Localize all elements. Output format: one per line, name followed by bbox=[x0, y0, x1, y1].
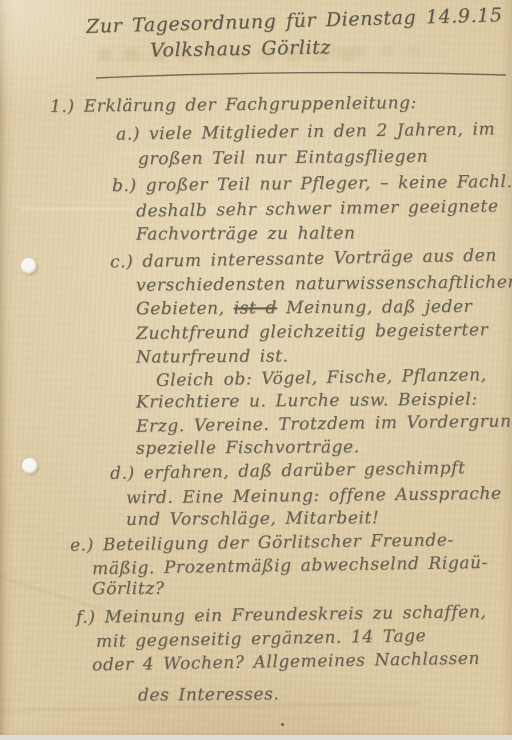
scan-edge-bottom bbox=[0, 735, 512, 740]
item-b-line: b.) großer Teil nur Pfleger, – keine Fac… bbox=[112, 174, 512, 195]
item-c-line: Zuchtfreund gleichzeitig begeisterter bbox=[136, 322, 488, 343]
item-d-line: wird. Eine Meinung: offene Aussprache bbox=[126, 486, 502, 508]
item-c-line: Gebieten, ist d Meinung, daß jeder bbox=[136, 299, 472, 318]
item-e-line: Görlitz? bbox=[92, 581, 165, 598]
item-f-line: oder 4 Wochen? Allgemeines Nachlassen bbox=[92, 651, 480, 675]
item-c-line: Gleich ob: Vögel, Fische, Pflanzen, bbox=[156, 367, 487, 390]
item-c-line-pre: Gebieten, bbox=[136, 298, 234, 319]
item-b-line: Fachvorträge zu halten bbox=[136, 225, 356, 243]
item-f-line: des Interesses. bbox=[138, 686, 280, 704]
header-line-1: Zur Tagesordnung für Dienstag 14.9.15 bbox=[86, 6, 503, 37]
item-1-heading: 1.) Erklärung der Fachgruppenleitung: bbox=[50, 95, 417, 116]
strikethrough-text: ist d bbox=[234, 298, 277, 318]
item-c-line: spezielle Fischvorträge. bbox=[136, 439, 360, 458]
item-c-line: verschiedensten naturwissenschaftlichen bbox=[136, 274, 512, 294]
scanned-handwritten-page: Zur Tagesordnung für Dienstag 14.9.15 Vo… bbox=[0, 0, 512, 740]
item-e-line: e.) Beteiligung der Görlitscher Freunde- bbox=[70, 532, 454, 554]
item-c-line-post: Meinung, daß jeder bbox=[277, 297, 473, 318]
punch-hole-top bbox=[21, 258, 37, 274]
item-a-line: a.) viele Mitglieder in den 2 Jahren, im bbox=[116, 121, 495, 143]
item-c-line: Kriechtiere u. Lurche usw. Beispiel: bbox=[136, 392, 478, 412]
item-a-line: großen Teil nur Eintagsfliegen bbox=[138, 149, 428, 169]
item-f-line: f.) Meinung ein Freundeskreis zu schaffe… bbox=[76, 604, 487, 627]
item-e-line: mäßig. Prozentmäßig abwechselnd Rigaü- bbox=[92, 555, 488, 578]
item-f-line: mit gegenseitig ergänzen. 14 Tage bbox=[96, 628, 427, 651]
header-line-2: Volkshaus Görlitz bbox=[150, 38, 331, 60]
item-c-line: Naturfreund ist. bbox=[136, 348, 289, 366]
item-d-line: d.) erfahren, daß darüber geschimpft bbox=[110, 460, 466, 483]
item-d-line: und Vorschläge, Mitarbeit! bbox=[126, 510, 379, 529]
item-c-line: Erzg. Vereine. Trotzdem im Vordergrund bbox=[136, 413, 512, 435]
punch-hole-bottom bbox=[22, 458, 38, 474]
item-b-line: deshalb sehr schwer immer geeignete bbox=[136, 198, 499, 220]
ink-dot bbox=[281, 723, 284, 726]
header-underline bbox=[94, 68, 508, 82]
item-c-line: c.) darum interessante Vorträge aus den bbox=[110, 248, 497, 272]
